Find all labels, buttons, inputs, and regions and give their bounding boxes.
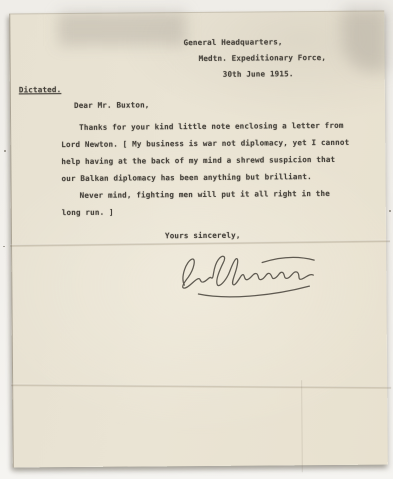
- letter-body: Thanks for your kind little note enclosi…: [61, 117, 350, 221]
- salutation: Dear Mr. Buxton,: [74, 100, 150, 110]
- fold-line-lower: [11, 384, 391, 390]
- scan-background: General Headquarters, Medtn. Expeditiona…: [0, 0, 393, 479]
- vertical-crease: [301, 380, 303, 472]
- paper-smudge-top-left: [58, 11, 186, 46]
- body-line: long run. ]: [62, 202, 350, 221]
- dust-speck: [4, 150, 6, 152]
- letterhead-date: 30th June 1915.: [223, 69, 294, 79]
- dust-speck: [389, 210, 391, 212]
- letter-paper: General Headquarters, Medtn. Expeditiona…: [9, 11, 388, 468]
- dust-speck: [3, 246, 5, 247]
- letterhead-line-1: General Headquarters,: [183, 37, 282, 47]
- letterhead-line-2: Medtn. Expeditionary Force,: [199, 53, 327, 63]
- dictated-annotation: Dictated.: [19, 85, 62, 94]
- paper-smudge-top-right: [342, 8, 389, 72]
- signature-ian-hamilton: [170, 242, 328, 303]
- closing-valediction: Yours sincerely,: [165, 231, 241, 241]
- handwritten-signature-ink: [170, 242, 328, 303]
- body-line: Never mind, fighting men will put it all…: [62, 185, 350, 204]
